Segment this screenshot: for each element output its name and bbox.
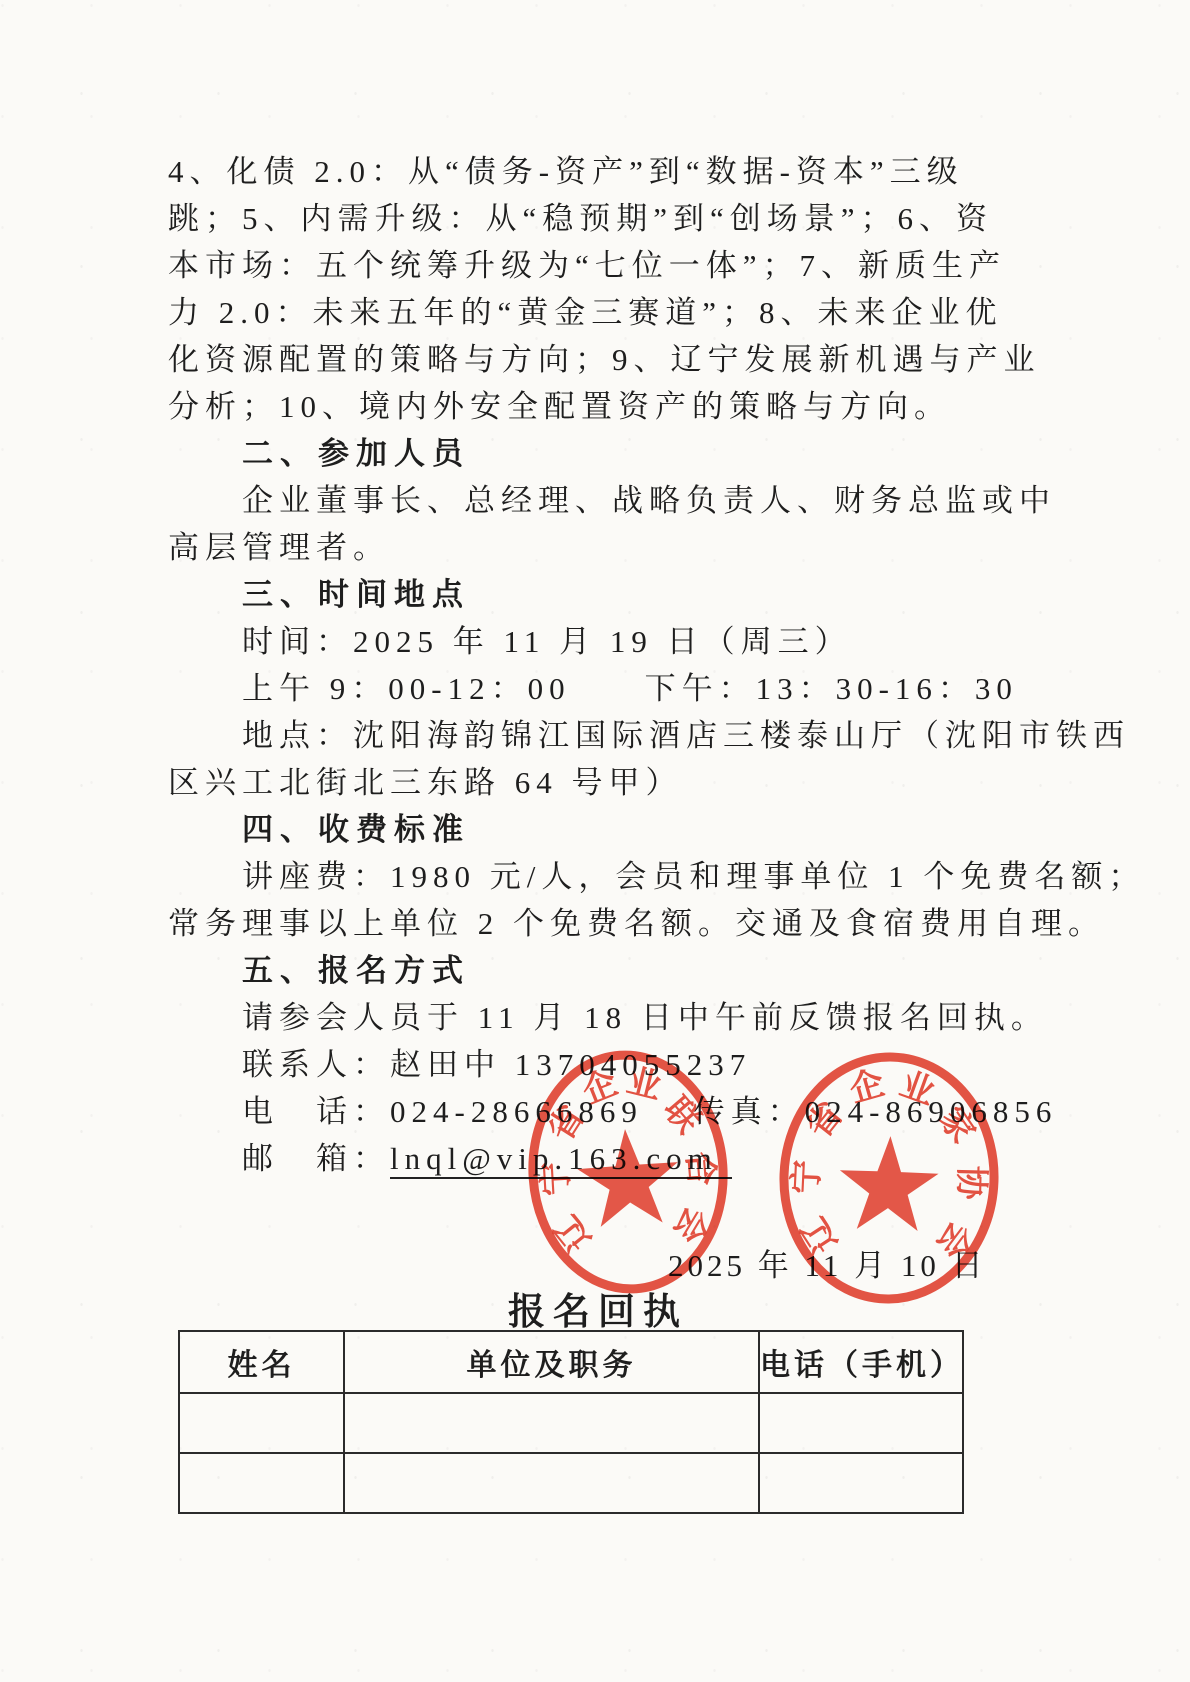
- text-run: 4、化债 2.0：从“债务-资产”到“数据-资本”三级: [168, 154, 964, 189]
- text-line: 电 话：024-28666869 传真：024-86906856: [168, 1088, 1048, 1135]
- text-run: 地点：沈阳海韵锦江国际酒店三楼泰山厅（沈阳市铁西: [242, 718, 1130, 753]
- text-run: 讲座费：1980 元/人，会员和理事单位 1 个免费名额；: [242, 859, 1145, 894]
- section-heading: 三、时间地点: [168, 571, 1048, 618]
- section-heading: 四、收费标准: [168, 806, 1048, 853]
- reply-form-column-header: 姓名: [179, 1331, 344, 1393]
- reply-form-empty-cell: [759, 1393, 963, 1453]
- text-run: 三、时间地点: [242, 577, 470, 612]
- text-run: 区兴工北街北三东路 64 号甲）: [168, 765, 683, 800]
- reply-form-column-header: 单位及职务: [344, 1331, 759, 1393]
- text-run: 企业董事长、总经理、战略负责人、财务总监或中: [242, 483, 1056, 518]
- text-run: 请参会人员于 11 月 18 日中午前反馈报名回执。: [242, 1000, 1048, 1035]
- text-line: 上午 9：00-12：00 下午：13：30-16：30: [168, 665, 1048, 712]
- text-run: 联系人：赵田中 13704055237: [242, 1047, 751, 1082]
- reply-form-empty-cell: [179, 1453, 344, 1513]
- text-line: 化资源配置的策略与方向；9、辽宁发展新机遇与产业: [168, 336, 1048, 383]
- text-line: 时间：2025 年 11 月 19 日（周三）: [168, 618, 1048, 665]
- text-line: 邮 箱：lnql@vip.163.com: [168, 1135, 1048, 1182]
- text-line: 联系人：赵田中 13704055237: [168, 1041, 1048, 1088]
- reply-form-header-row: 姓名单位及职务电话（手机）: [179, 1331, 963, 1393]
- text-line: 4、化债 2.0：从“债务-资产”到“数据-资本”三级: [168, 148, 1048, 195]
- reply-form-table: 姓名单位及职务电话（手机）: [178, 1330, 964, 1514]
- text-run: 高层管理者。: [168, 530, 390, 565]
- document-body-lines: 4、化债 2.0：从“债务-资产”到“数据-资本”三级跳；5、内需升级：从“稳预…: [168, 148, 1048, 1182]
- reply-form-empty-row: [179, 1453, 963, 1513]
- section-heading: 二、参加人员: [168, 430, 1048, 477]
- text-run: 力 2.0：未来五年的“黄金三赛道”；8、未来企业优: [168, 295, 1003, 330]
- text-run: 五、报名方式: [242, 953, 470, 988]
- reply-form-column-header: 电话（手机）: [759, 1331, 963, 1393]
- issue-date: 2025 年 11 月 10 日: [668, 1240, 987, 1285]
- reply-form-empty-cell: [344, 1453, 759, 1513]
- text-line: 跳；5、内需升级：从“稳预期”到“创场景”；6、资: [168, 195, 1048, 242]
- text-line: 区兴工北街北三东路 64 号甲）: [168, 759, 1048, 806]
- text-run: 化资源配置的策略与方向；9、辽宁发展新机遇与产业: [168, 342, 1041, 377]
- reply-form-empty-cell: [179, 1393, 344, 1453]
- text-run: 上午 9：00-12：00 下午：13：30-16：30: [242, 671, 1018, 706]
- text-run: 电 话：024-28666869 传真：024-86906856: [242, 1094, 1057, 1129]
- text-line: 讲座费：1980 元/人，会员和理事单位 1 个免费名额；: [168, 853, 1048, 900]
- text-line: 请参会人员于 11 月 18 日中午前反馈报名回执。: [168, 994, 1048, 1041]
- text-run: 四、收费标准: [242, 812, 470, 847]
- text-line: 企业董事长、总经理、战略负责人、财务总监或中: [168, 477, 1048, 524]
- text-run: 跳；5、内需升级：从“稳预期”到“创场景”；6、资: [168, 201, 993, 236]
- text-line: 分析；10、境内外安全配置资产的策略与方向。: [168, 383, 1048, 430]
- text-line: 常务理事以上单位 2 个免费名额。交通及食宿费用自理。: [168, 900, 1048, 947]
- reply-form-title: 报名回执: [168, 1281, 1028, 1335]
- text-run: 本市场：五个统筹升级为“七位一体”；7、新质生产: [168, 248, 1006, 283]
- text-run: 邮 箱：: [242, 1141, 390, 1176]
- text-run: 常务理事以上单位 2 个免费名额。交通及食宿费用自理。: [168, 906, 1105, 941]
- text-line: 本市场：五个统筹升级为“七位一体”；7、新质生产: [168, 242, 1048, 289]
- email-address: lnql@vip.163.com: [390, 1141, 732, 1179]
- reply-form-empty-cell: [344, 1393, 759, 1453]
- text-line: 高层管理者。: [168, 524, 1048, 571]
- reply-form-empty-cell: [759, 1453, 963, 1513]
- text-run: 时间：2025 年 11 月 19 日（周三）: [242, 624, 852, 659]
- text-run: 分析；10、境内外安全配置资产的策略与方向。: [168, 389, 951, 424]
- section-heading: 五、报名方式: [168, 947, 1048, 994]
- text-line: 力 2.0：未来五年的“黄金三赛道”；8、未来企业优: [168, 289, 1048, 336]
- text-run: 二、参加人员: [242, 436, 470, 471]
- scanned-document-page: 4、化债 2.0：从“债务-资产”到“数据-资本”三级跳；5、内需升级：从“稳预…: [0, 0, 1190, 1682]
- reply-form-empty-row: [179, 1393, 963, 1453]
- seal-arc-character: 辽: [548, 1208, 598, 1258]
- text-line: 地点：沈阳海韵锦江国际酒店三楼泰山厅（沈阳市铁西: [168, 712, 1048, 759]
